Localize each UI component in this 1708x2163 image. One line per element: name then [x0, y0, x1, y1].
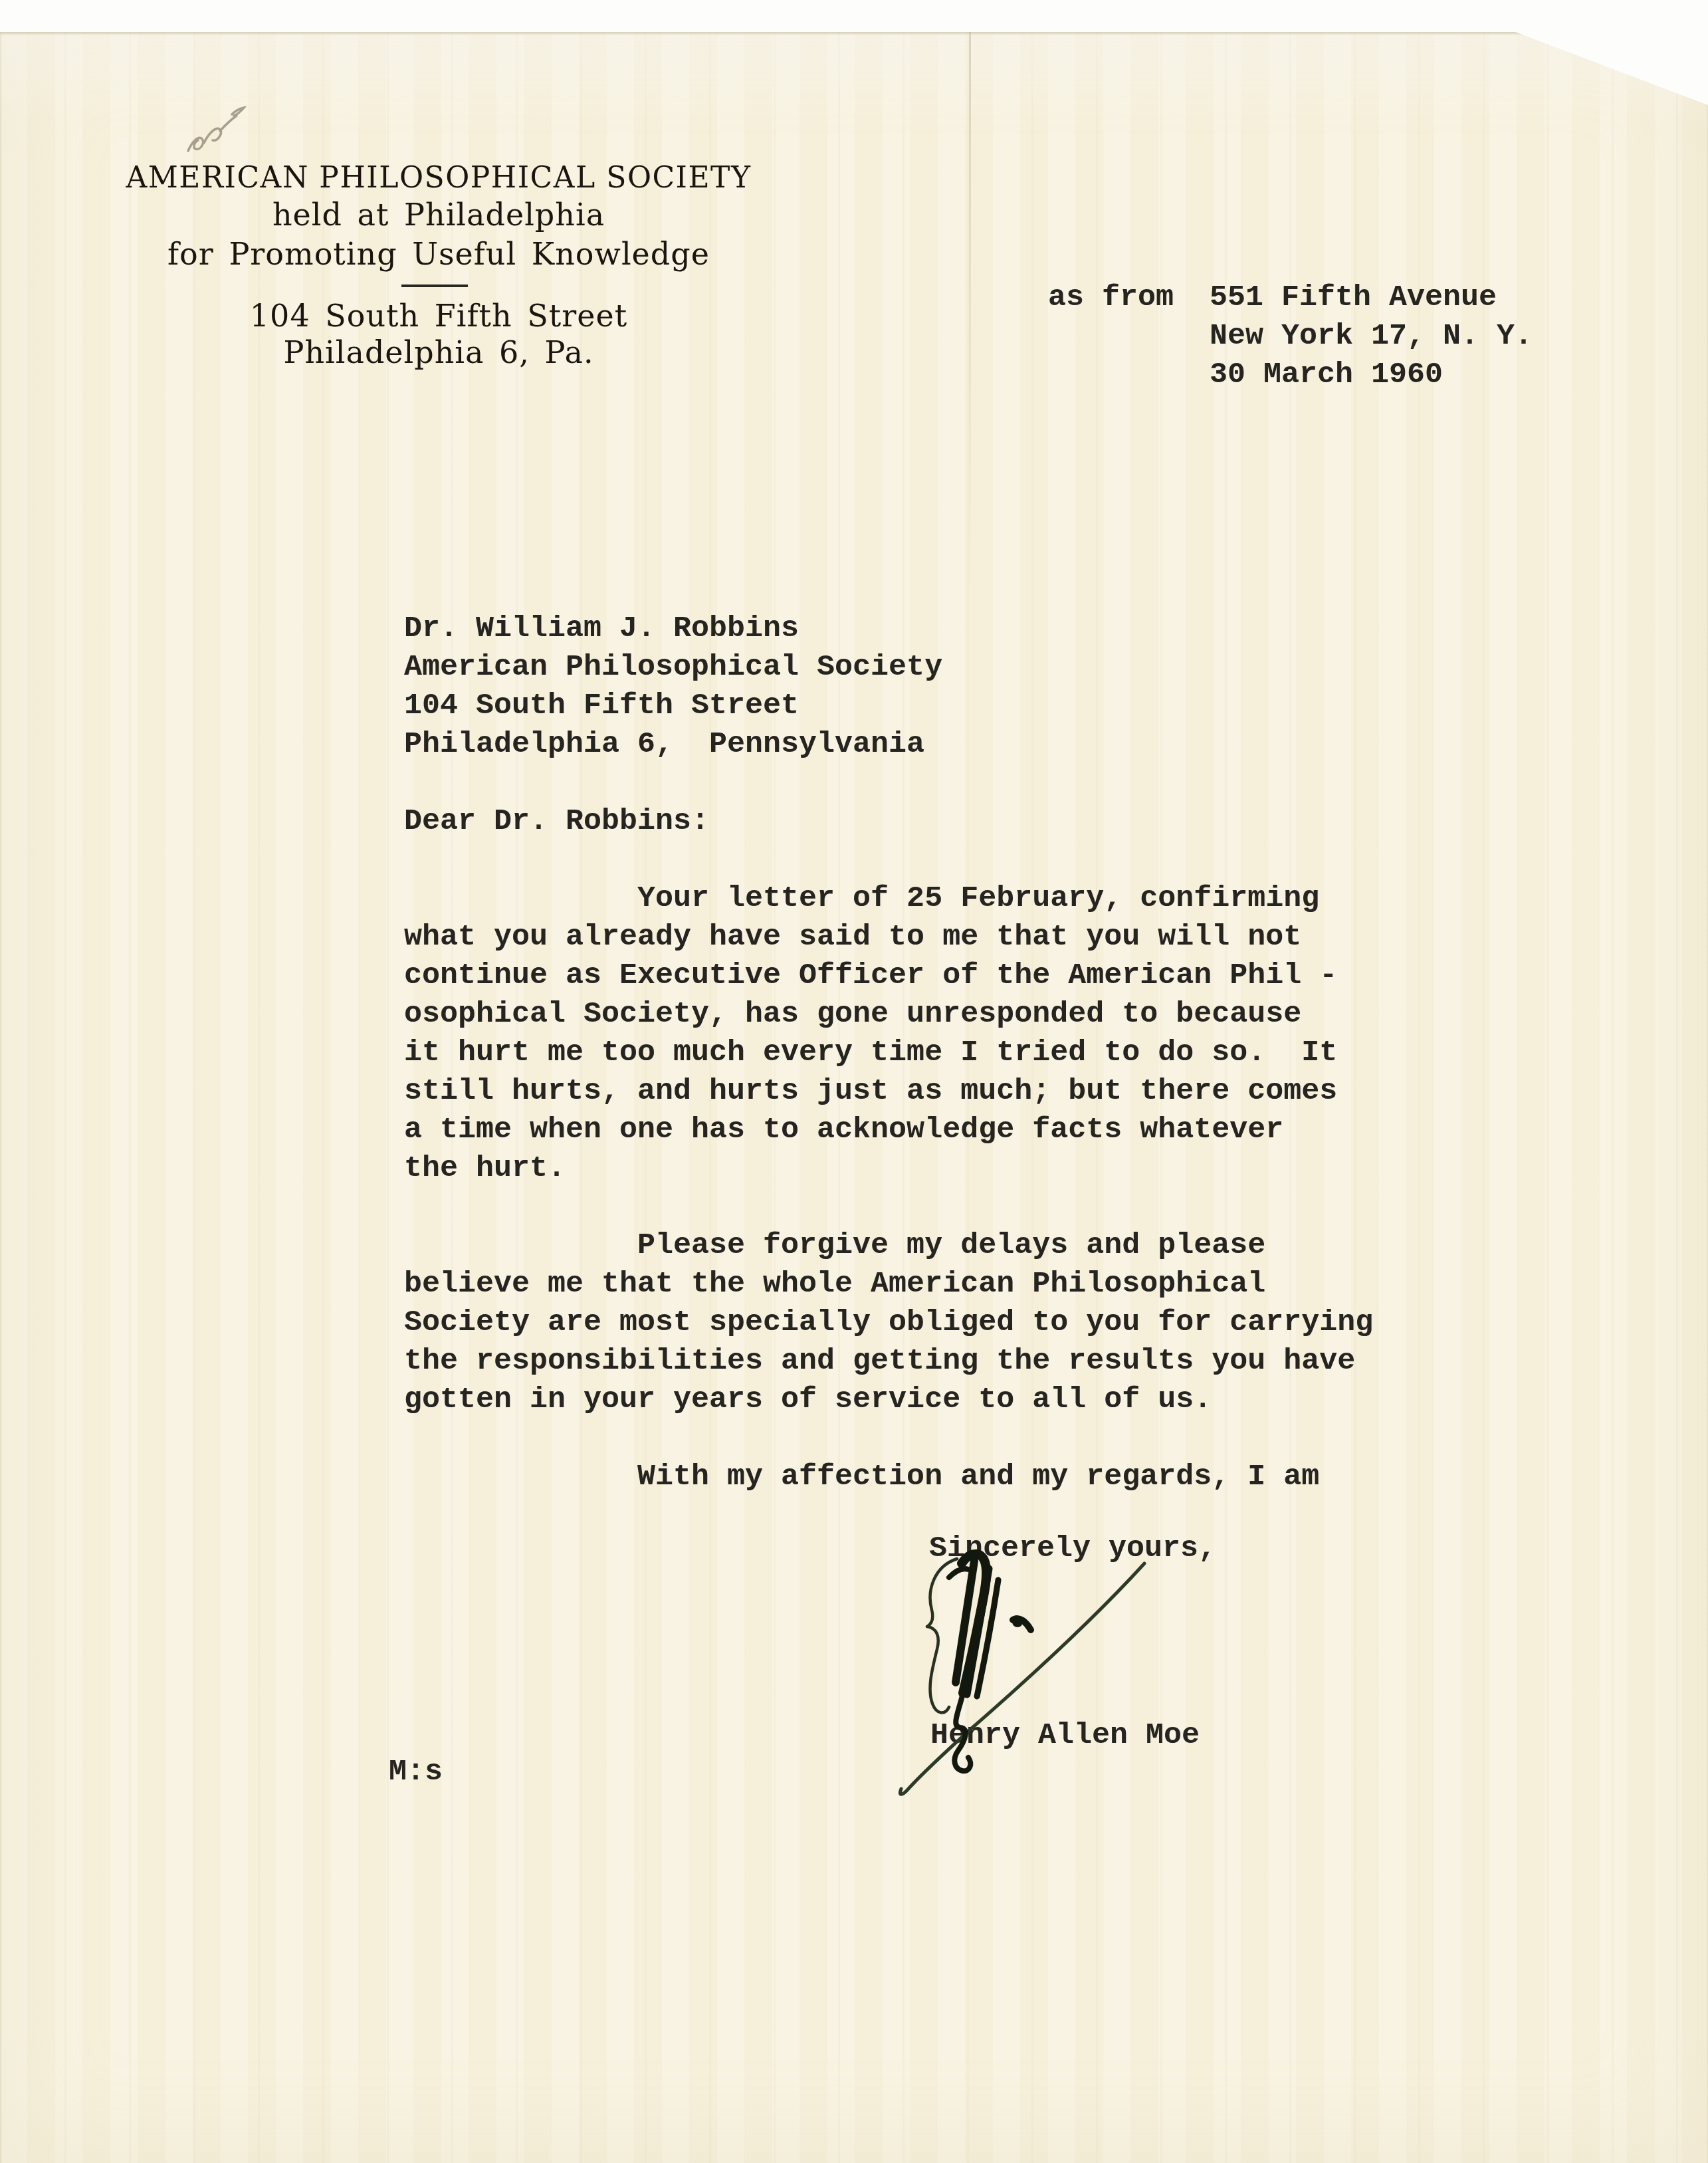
ink-signature-icon — [877, 1542, 1163, 1815]
letterhead-held-at: held at Philadelphia — [93, 197, 784, 233]
scanned-letter: AMERICAN PHILOSOPHICAL SOCIETY held at P… — [0, 0, 1708, 2163]
paper-crease — [969, 32, 971, 590]
closing-line: With my affection and my regards, I am — [404, 1458, 1373, 1496]
paragraph-1: Your letter of 25 February, confirming w… — [404, 879, 1373, 1188]
letter-body: Dr. William J. Robbins American Philosop… — [404, 610, 1373, 1496]
letterhead-street: 104 South Fifth Street — [93, 298, 784, 334]
letterhead-motto: for Promoting Useful Knowledge — [93, 236, 784, 272]
letterhead-city: Philadelphia 6, Pa. — [93, 334, 784, 370]
recipient-address: Dr. William J. Robbins American Philosop… — [404, 610, 1373, 764]
dateline: as from 551 Fifth Avenue New York 17, N.… — [1048, 279, 1533, 394]
typist-initials: M:s — [389, 1753, 443, 1791]
pencil-scribble-icon — [173, 100, 259, 173]
paragraph-2: Please forgive my delays and please beli… — [404, 1226, 1373, 1419]
letterhead-divider — [401, 285, 468, 287]
salutation: Dear Dr. Robbins: — [404, 802, 1373, 841]
